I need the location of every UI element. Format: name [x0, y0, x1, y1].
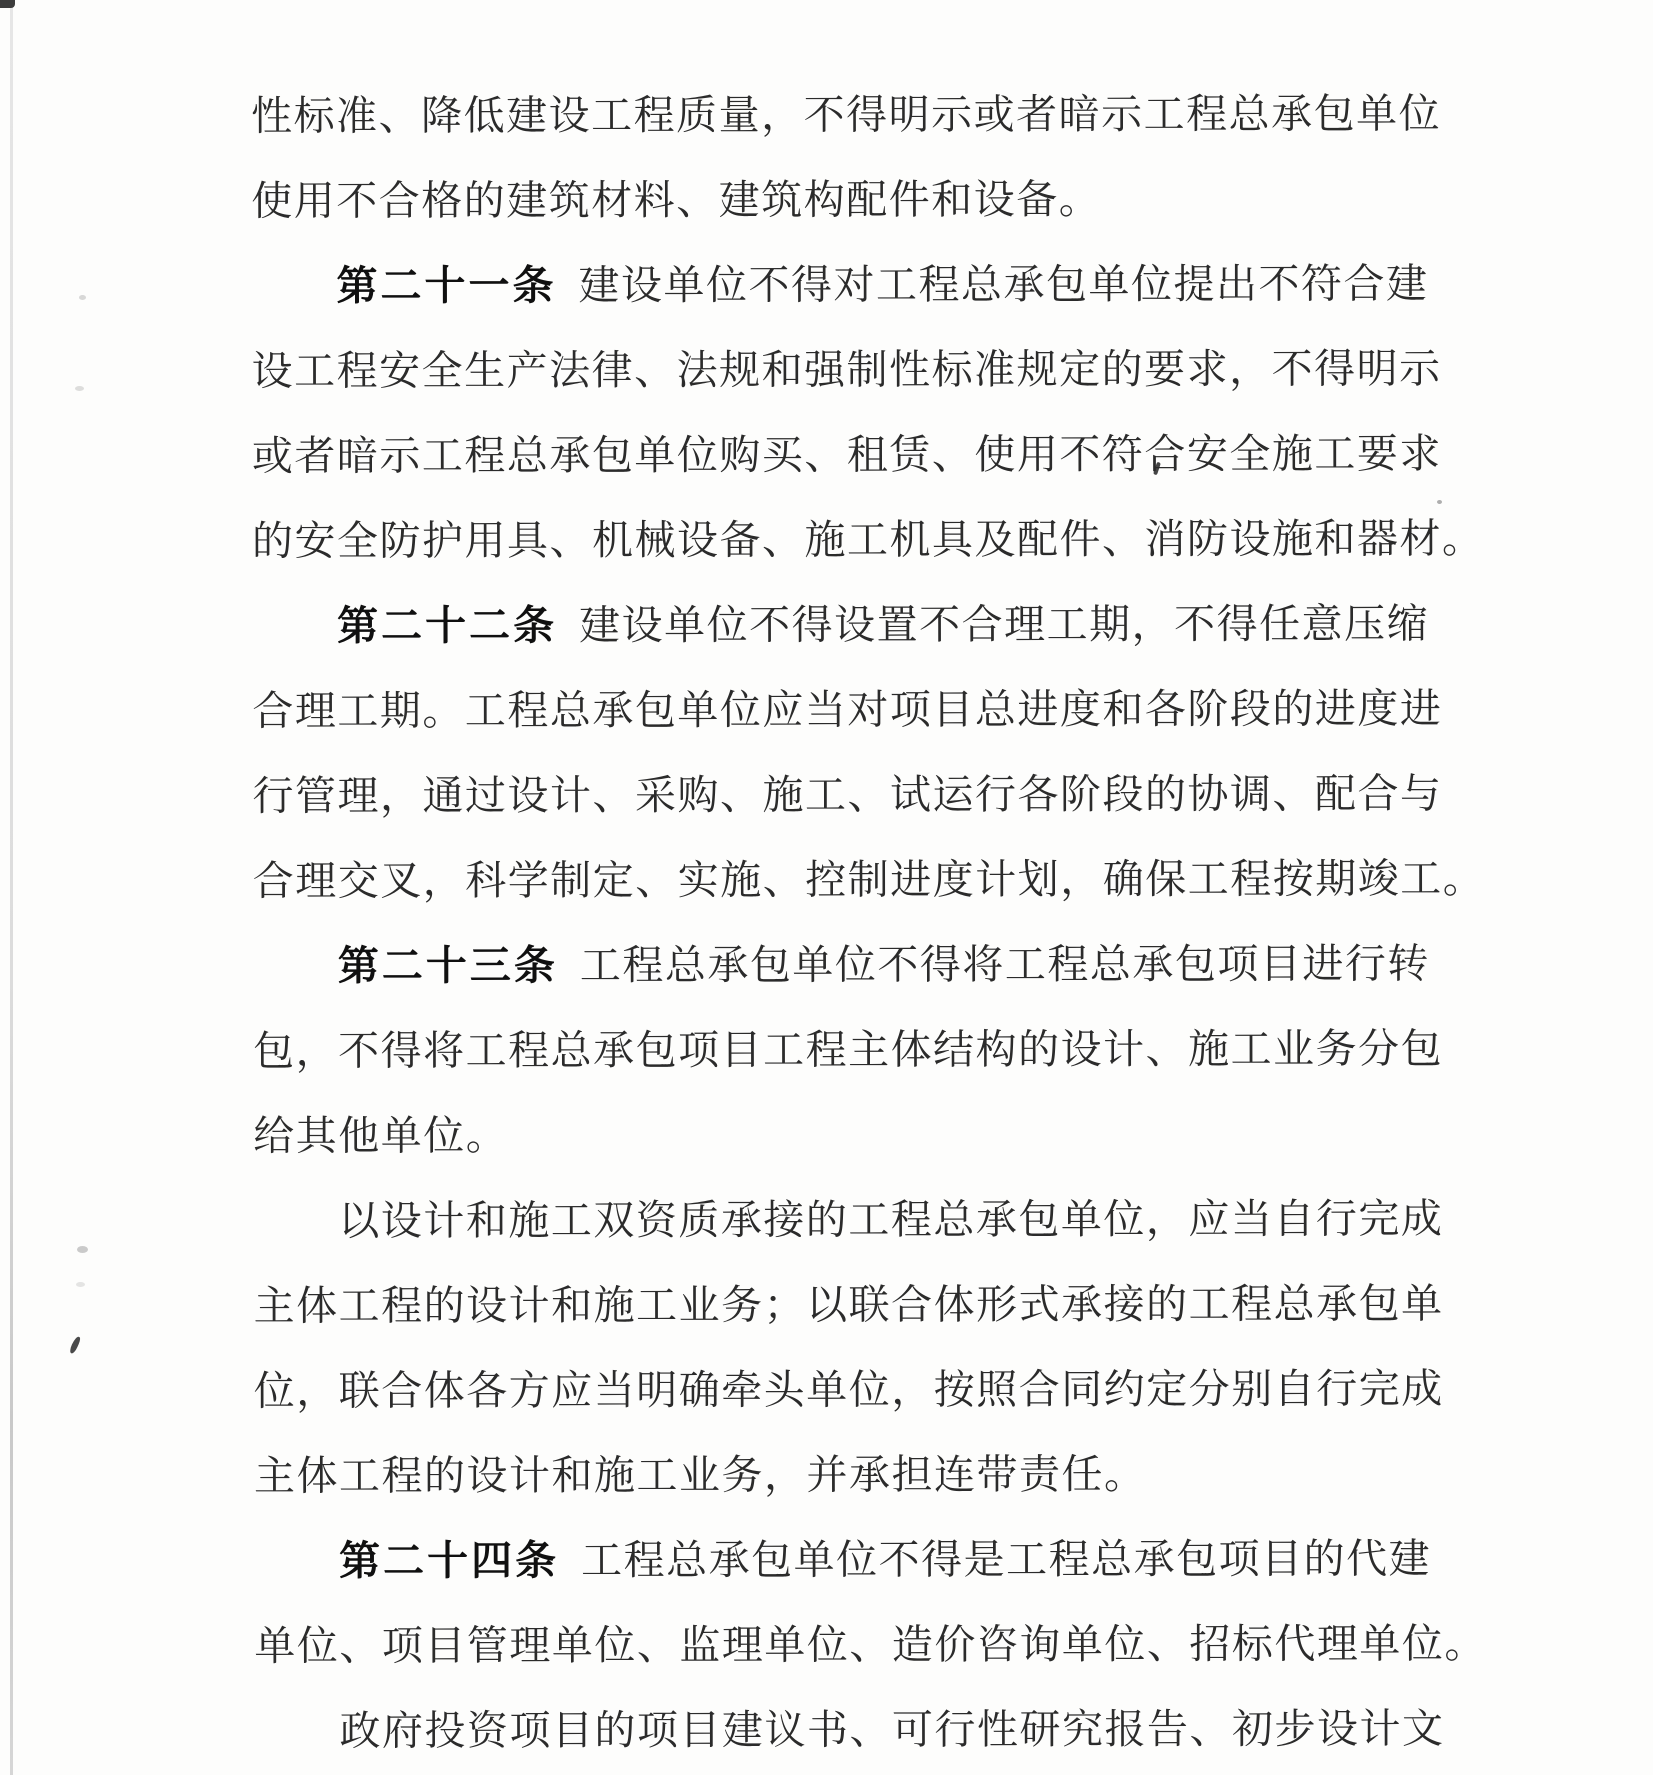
line-text: 合理工期。工程总承包单位应当对项目总进度和各阶段的进度进 [252, 686, 1442, 734]
text-line: 合理交叉，科学制定、实施、控制进度计划，确保工程按期竣工。 [253, 836, 1463, 924]
text-line: 合理工期。工程总承包单位应当对项目总进度和各阶段的进度进 [252, 666, 1462, 754]
line-text: 工程总承包单位不得将工程总承包项目进行转 [580, 941, 1430, 989]
article-number: 第二十二条 [337, 602, 557, 648]
text-line: 主体工程的设计和施工业务；以联合体形式承接的工程总承包单 [253, 1261, 1463, 1349]
scan-speck [76, 1282, 85, 1287]
line-text: 位，联合体各方应当明确牵头单位，按照合同约定分别自行完成 [254, 1366, 1444, 1414]
line-text: 包，不得将工程总承包项目工程主体结构的设计、施工业务分包 [253, 1026, 1443, 1074]
document-page: 性标准、降低建设工程质量，不得明示或者暗示工程总承包单位使用不合格的建筑材料、建… [0, 0, 1653, 1775]
article-line: 第二十四条工程总承包单位不得是工程总承包项目的代建 [254, 1516, 1464, 1604]
text-line: 单位、项目管理单位、监理单位、造价咨询单位、招标代理单位。 [254, 1601, 1464, 1689]
text-line: 位，联合体各方应当明确牵头单位，按照合同约定分别自行完成 [254, 1346, 1464, 1434]
line-text: 性标准、降低建设工程质量，不得明示或者暗示工程总承包单位 [251, 91, 1441, 139]
text-line: 主体工程的设计和施工业务，并承担连带责任。 [254, 1431, 1464, 1519]
line-text: 给其他单位。 [253, 1112, 508, 1159]
line-text: 建设单位不得设置不合理工期，不得任意压缩 [579, 601, 1429, 649]
line-text: 合理交叉，科学制定、实施、控制进度计划，确保工程按期竣工。 [253, 855, 1486, 904]
line-text: 的安全防护用具、机械设备、施工机具及配件、消防设施和器材。 [252, 515, 1485, 564]
line-text: 行管理，通过设计、采购、施工、试运行各阶段的协调、配合与 [252, 771, 1442, 819]
article-line: 第二十三条工程总承包单位不得将工程总承包项目进行转 [253, 921, 1463, 1009]
text-line: 使用不合格的建筑材料、建筑构配件和设备。 [251, 156, 1461, 244]
article-line: 第二十二条建设单位不得设置不合理工期，不得任意压缩 [252, 581, 1462, 669]
text-line: 包，不得将工程总承包项目工程主体结构的设计、施工业务分包 [253, 1006, 1463, 1094]
line-text: 设工程安全生产法律、法规和强制性标准规定的要求，不得明示 [252, 346, 1442, 394]
scan-speck [75, 386, 84, 391]
text-line: 的安全防护用具、机械设备、施工机具及配件、消防设施和器材。 [252, 496, 1462, 584]
line-text: 使用不合格的建筑材料、建筑构配件和设备。 [251, 176, 1101, 224]
scan-speck [77, 1246, 88, 1253]
line-text: 主体工程的设计和施工业务，并承担连带责任。 [254, 1451, 1147, 1499]
article-number: 第二十四条 [339, 1537, 559, 1583]
line-text: 政府投资项目的项目建议书、可行性研究报告、初步设计文 [339, 1706, 1444, 1754]
text-line: 或者暗示工程总承包单位购买、租赁、使用不符合安全施工要求 [252, 411, 1462, 499]
text-line: 以设计和施工双资质承接的工程总承包单位，应当自行完成 [253, 1176, 1463, 1264]
line-text: 工程总承包单位不得是工程总承包项目的代建 [581, 1536, 1431, 1584]
text-line: 行管理，通过设计、采购、施工、试运行各阶段的协调、配合与 [252, 751, 1462, 839]
article-line: 第二十一条建设单位不得对工程总承包单位提出不符合建 [251, 241, 1461, 329]
article-number: 第二十三条 [338, 942, 558, 988]
scan-stroke-mark [69, 1336, 82, 1355]
text-line: 政府投资项目的项目建议书、可行性研究报告、初步设计文 [254, 1686, 1464, 1774]
text-line: 给其他单位。 [253, 1091, 1463, 1179]
line-text: 以设计和施工双资质承接的工程总承包单位，应当自行完成 [338, 1196, 1443, 1244]
text-line: 设工程安全生产法律、法规和强制性标准规定的要求，不得明示 [252, 326, 1462, 414]
scan-edge-line [10, 0, 13, 1775]
scan-speck [79, 295, 86, 300]
text-line: 性标准、降低建设工程质量，不得明示或者暗示工程总承包单位 [251, 71, 1461, 159]
line-text: 建设单位不得对工程总承包单位提出不符合建 [578, 261, 1428, 309]
line-text: 单位、项目管理单位、监理单位、造价咨询单位、招标代理单位。 [254, 1620, 1487, 1669]
line-text: 或者暗示工程总承包单位购买、租赁、使用不符合安全施工要求 [252, 431, 1442, 479]
article-number: 第二十一条 [336, 262, 556, 308]
scan-corner-mark [0, 0, 15, 8]
page-text: 性标准、降低建设工程质量，不得明示或者暗示工程总承包单位使用不合格的建筑材料、建… [251, 71, 1465, 1774]
line-text: 主体工程的设计和施工业务；以联合体形式承接的工程总承包单 [254, 1281, 1444, 1329]
